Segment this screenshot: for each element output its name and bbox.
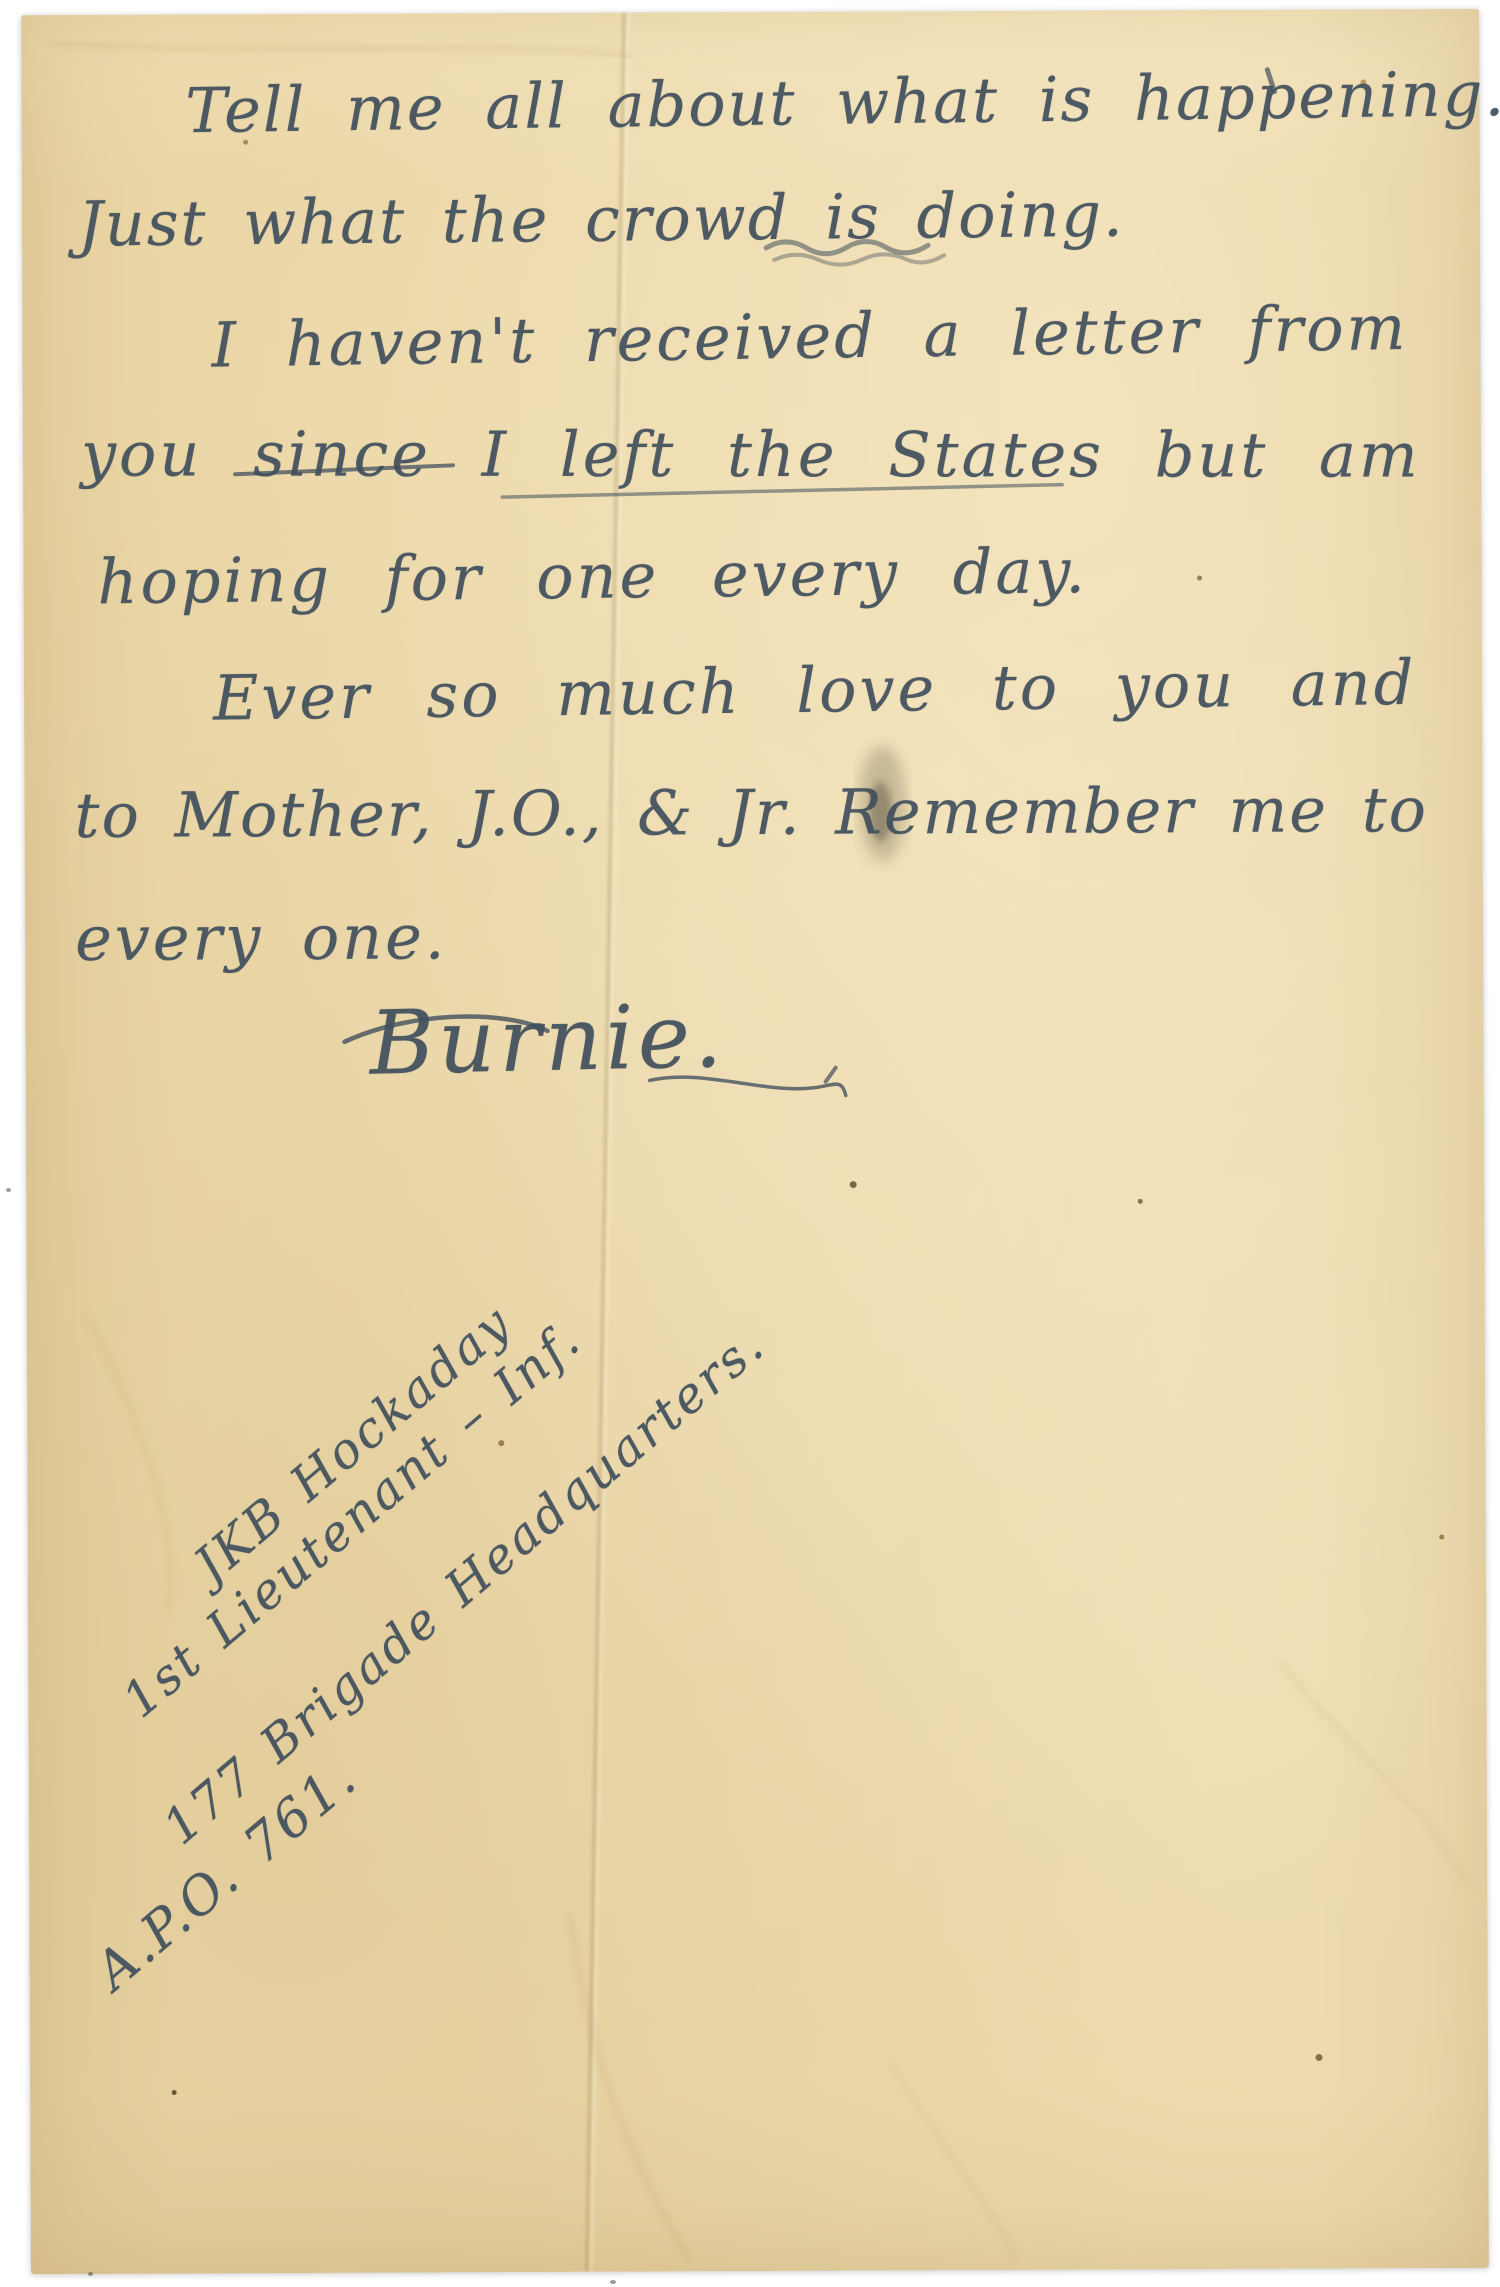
- letter-line-5: hoping for one every day.: [97, 540, 1088, 613]
- wrinkle-bottom-center: [890, 2061, 1016, 2257]
- letter-paper-sheet: Tell me all about what is happening. Jus…: [21, 9, 1489, 2274]
- wrinkle-left: [87, 1315, 171, 1615]
- letter-line-3: I haven't received a letter from: [211, 297, 1409, 377]
- wrinkle-bottom-left: [569, 1912, 691, 2263]
- letter-line-7: to Mother, J.O., & Jr. Remember me to: [74, 779, 1428, 847]
- wrinkle-right: [1278, 1659, 1465, 1882]
- letter-scan: Tell me all about what is happening. Jus…: [0, 0, 1500, 2287]
- signature: Burnie.: [369, 992, 727, 1088]
- letter-line-6: Ever so much love to you and: [213, 652, 1417, 730]
- fold-crease-top: [51, 41, 633, 60]
- margin-speck: [610, 2280, 616, 2284]
- letter-line-8: every one.: [75, 906, 448, 970]
- letter-line-1: Tell me all about what is happening.: [185, 63, 1500, 142]
- letter-line-4: you since I left the States but am: [81, 423, 1421, 486]
- margin-speck: [6, 1188, 11, 1192]
- overwrite-scribble-doing-2: [774, 254, 944, 265]
- margin-speck: [88, 2272, 93, 2276]
- signature-tail-hook: [826, 1068, 836, 1082]
- letter-line-2: Just what the crowd is doing.: [78, 184, 1125, 256]
